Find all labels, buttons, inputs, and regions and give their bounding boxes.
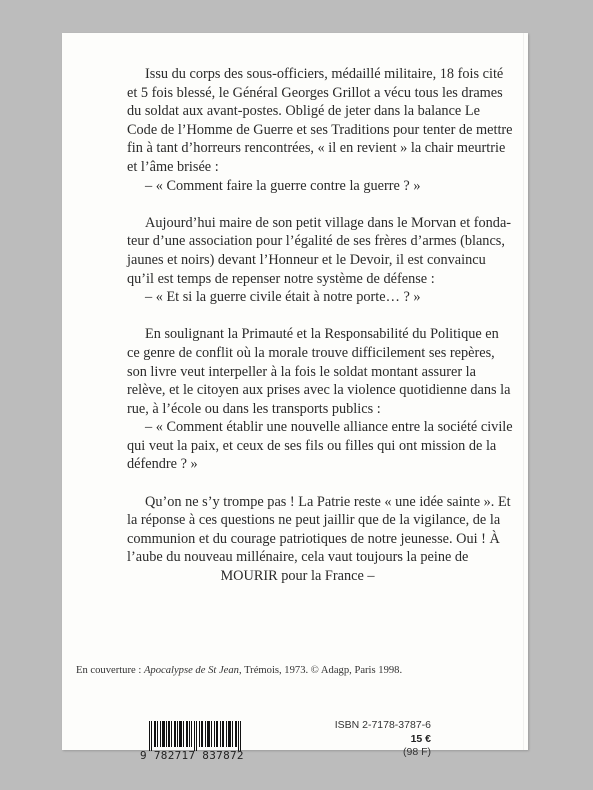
blurb-text: Issu du corps des sous-officiers, médail… [127, 65, 468, 604]
text-line: ce genre de conflit où la morale trouve … [127, 344, 468, 363]
text-line: qu’il est temps de repenser notre systèm… [127, 270, 468, 289]
text-line: et l’âme brisée : [127, 158, 468, 177]
text-line: fin à tant d’horreurs rencontrées, « il … [127, 139, 468, 158]
isbn-number: ISBN 2-7178-3787-6 [335, 719, 431, 733]
text-line: l’aube du nouveau millénaire, cela vaut … [127, 548, 468, 567]
price-franc: (98 F) [335, 746, 431, 760]
quote-line: défendre ? » [127, 455, 468, 474]
text-line: En soulignant la Primauté et la Responsa… [127, 325, 468, 344]
credit-prefix: En couverture : [76, 665, 144, 676]
text-line: du soldat aux avant-postes. Obligé de je… [127, 102, 468, 121]
cover-credit: En couverture : Apocalypse de St Jean, T… [76, 665, 516, 676]
paragraph-4: Qu’on ne s’y trompe pas ! La Patrie rest… [127, 493, 468, 586]
text-line: communion et du courage patriotiques de … [127, 530, 468, 549]
text-line: son livre veut interpeller à la fois le … [127, 363, 468, 382]
book-back-cover: Issu du corps des sous-officiers, médail… [62, 33, 528, 750]
text-line: Issu du corps des sous-officiers, médail… [127, 65, 468, 84]
text-line: rue, à l’école ou dans les transports pu… [127, 400, 468, 419]
closing-line: MOURIR pour la France – [127, 567, 468, 586]
quote-line: qui veut la paix, et ceux de ses fils ou… [127, 437, 468, 456]
text-line: et 5 fois blessé, le Général Georges Gri… [127, 84, 468, 103]
text-line: Aujourd’hui maire de son petit village d… [127, 214, 468, 233]
quote-line: – « Comment faire la guerre contre la gu… [127, 177, 468, 196]
price-euro: 15 € [335, 733, 431, 747]
paragraph-1: Issu du corps des sous-officiers, médail… [127, 65, 468, 195]
text-line: teur d’une association pour l’égalité de… [127, 232, 468, 251]
quote-line: – « Comment établir une nouvelle allianc… [127, 418, 468, 437]
paragraph-2: Aujourd’hui maire de son petit village d… [127, 214, 468, 307]
text-line: jaunes et noirs) devant l’Honneur et le … [127, 251, 468, 270]
quote-line: – « Et si la guerre civile était à notre… [127, 288, 468, 307]
text-line: Code de l’Homme de Guerre et ses Traditi… [127, 121, 468, 140]
text-line: la réponse à ces questions ne peut jaill… [127, 511, 468, 530]
credit-artwork-title: Apocalypse de St Jean [144, 665, 239, 676]
barcode-icon [149, 721, 243, 751]
isbn-price-block: ISBN 2-7178-3787-6 15 € (98 F) [335, 719, 431, 760]
credit-suffix: , Trémois, 1973. © Adagp, Paris 1998. [239, 665, 402, 676]
paragraph-3: En soulignant la Primauté et la Responsa… [127, 325, 468, 474]
text-line: Qu’on ne s’y trompe pas ! La Patrie rest… [127, 493, 468, 512]
barcode-digits: 9 782717 837872 [140, 749, 244, 762]
text-line: relève, et le citoyen aux prises avec la… [127, 381, 468, 400]
